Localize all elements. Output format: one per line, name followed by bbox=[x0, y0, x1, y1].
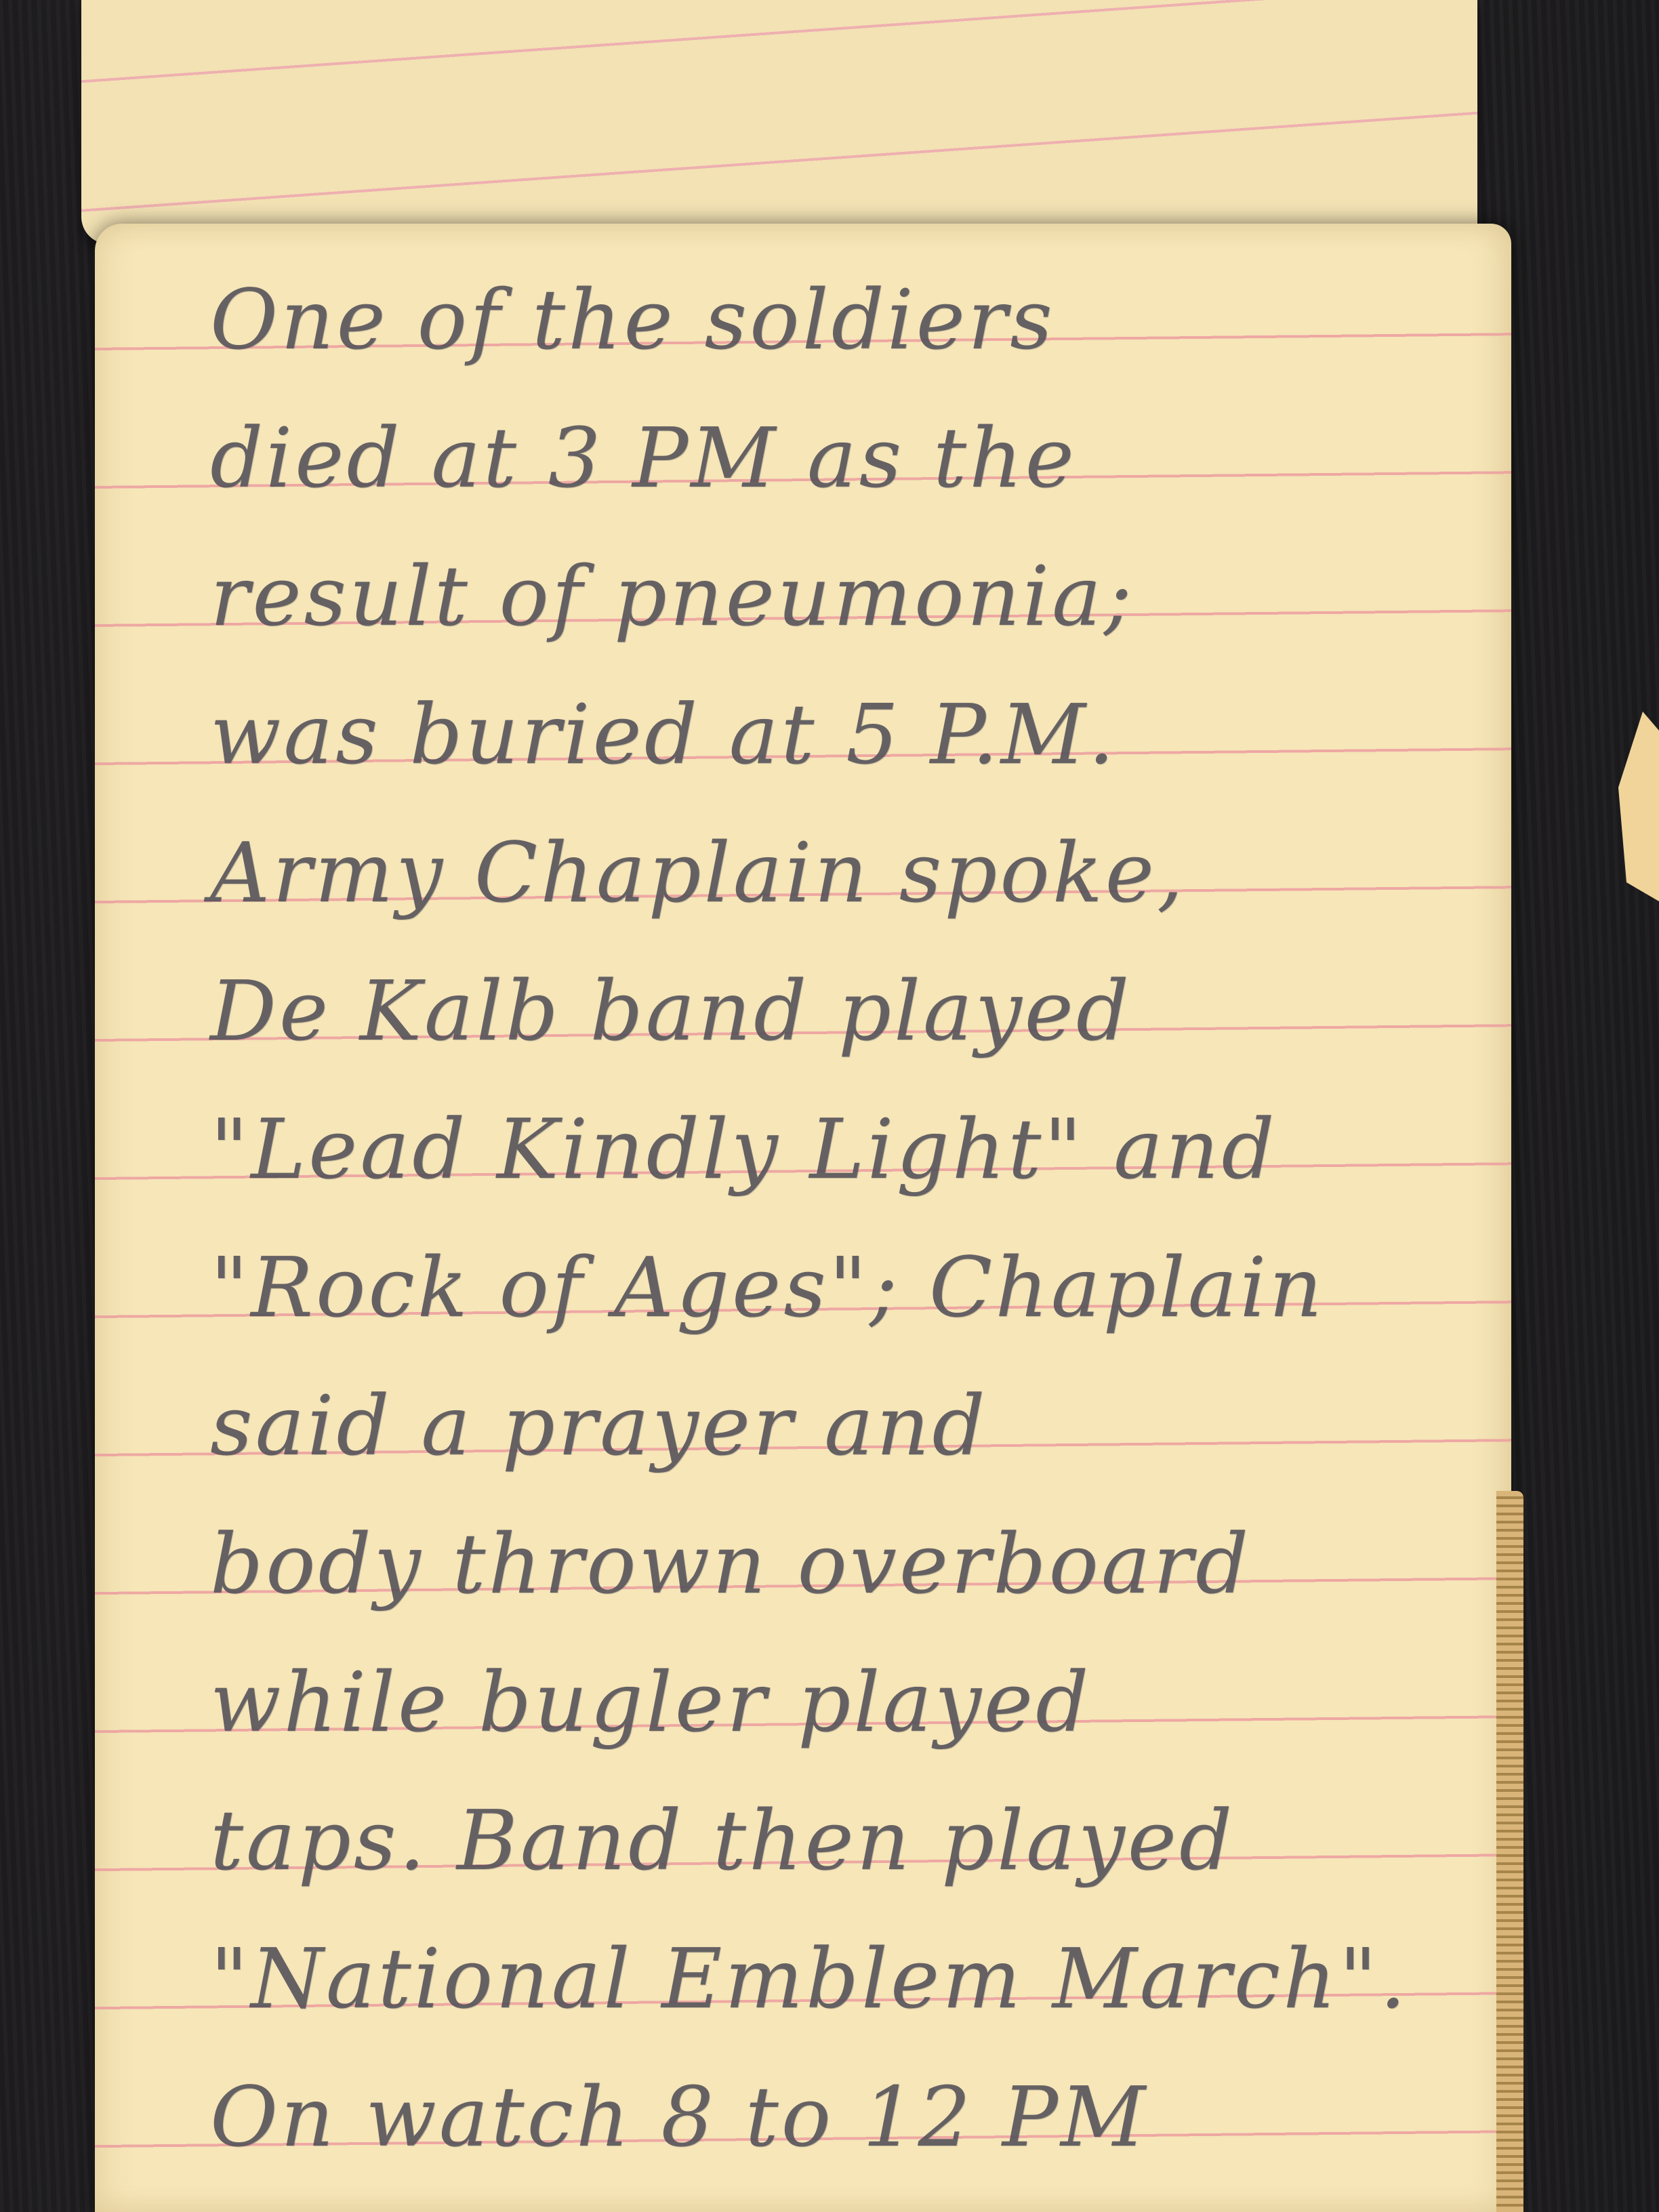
text-line: "Lead Kindly Light" and bbox=[210, 1080, 1443, 1218]
text-line: "Rock of Ages"; Chaplain bbox=[210, 1218, 1443, 1357]
previous-page-flap bbox=[81, 0, 1477, 244]
text-line: while bugler played bbox=[210, 1633, 1443, 1771]
handwritten-text: One of the soldiers died at 3 PM as the … bbox=[210, 251, 1443, 2186]
text-line: "National Emblem March". bbox=[210, 1910, 1443, 2048]
text-line: body thrown overboard bbox=[210, 1495, 1443, 1633]
text-line: was buried at 5 P.M. bbox=[210, 665, 1443, 804]
text-line: said a prayer and bbox=[210, 1357, 1443, 1495]
text-line: One of the soldiers bbox=[210, 251, 1443, 389]
text-line: On watch 8 to 12 PM bbox=[210, 2048, 1443, 2186]
text-line: De Kalb band played bbox=[210, 942, 1443, 1080]
text-line: result of pneumonia; bbox=[210, 527, 1443, 665]
text-line: taps. Band then played bbox=[210, 1771, 1443, 1910]
notebook-page: One of the soldiers died at 3 PM as the … bbox=[95, 224, 1511, 2212]
page-stack-edges bbox=[1496, 1491, 1523, 2212]
text-line: Army Chaplain spoke, bbox=[210, 804, 1443, 942]
text-line: died at 3 PM as the bbox=[210, 389, 1443, 527]
